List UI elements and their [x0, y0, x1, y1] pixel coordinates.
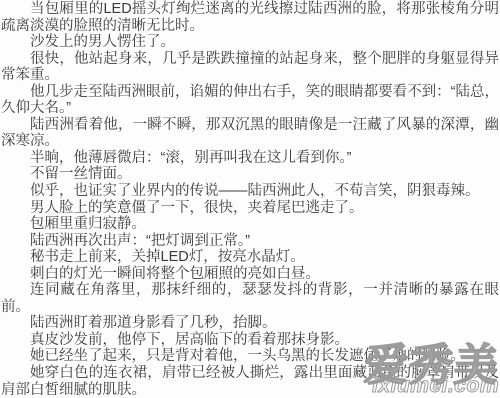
paragraph: 沙发上的男人愣住了。 — [1, 34, 499, 51]
paragraph: 包厢里重归寂静。 — [1, 216, 499, 233]
novel-text-body: 当包厢里的LED摇头灯绚烂迷离的光线擦过陆西洲的脸，将那张棱角分明疏离淡漠的脸照… — [1, 0, 499, 398]
paragraph: 陆西洲再次出声：“把灯调到正常。” — [1, 233, 499, 250]
paragraph: 男人脸上的笑意僵了一下，很快，夹着尾巴逃走了。 — [1, 200, 499, 217]
paragraph: 她已经坐了起来，只是背对着他，一头乌黑的长发遮住了她的侧脸。 — [1, 348, 499, 365]
paragraph: 他几步走至陆西洲眼前，谄媚的伸出右手，笑的眼睛都要看不到：“陆总，久仰大名。” — [1, 84, 499, 117]
novel-page: 当包厢里的LED摇头灯绚烂迷离的光线擦过陆西洲的脸，将那张棱角分明疏离淡漠的脸照… — [0, 0, 500, 398]
paragraph: 真皮沙发前，他停下，居高临下的看着那抹身影。 — [1, 332, 499, 349]
paragraph: 秘书走上前来，关掉LED灯，按亮水晶灯。 — [1, 249, 499, 266]
paragraph: 连同藏在角落里，那抹纤细的，瑟瑟发抖的背影，一并清晰的暴露在眼前。 — [1, 282, 499, 315]
paragraph: 很快，他站起身来，几乎是跌跌撞撞的站起身来，整个肥胖的身躯显得异常笨重。 — [1, 51, 499, 84]
paragraph: 陆西洲盯着那道身影看了几秒，抬脚。 — [1, 315, 499, 332]
paragraph: 当包厢里的LED摇头灯绚烂迷离的光线擦过陆西洲的脸，将那张棱角分明疏离淡漠的脸照… — [1, 1, 499, 34]
paragraph: 似乎，也证实了业界内的传说——陆西洲此人，不苟言笑，阴狠毒辣。 — [1, 183, 499, 200]
paragraph: 半晌，他薄唇微启：“滚，别再叫我在这儿看到你。” — [1, 150, 499, 167]
paragraph: 不留一丝情面。 — [1, 166, 499, 183]
paragraph: 刺白的灯光一瞬间将整个包厢照的亮如白昼。 — [1, 266, 499, 283]
paragraph: 陆西洲看着他，一瞬不瞬，那双沉黑的眼睛像是一汪藏了风暴的深潭，幽深寒凉。 — [1, 117, 499, 150]
paragraph: 她穿白色的连衣裙，肩带已经被人撕烂，露出里面藏蓝色的胸罩肩带以及肩部白皙细腻的肌… — [1, 365, 499, 398]
